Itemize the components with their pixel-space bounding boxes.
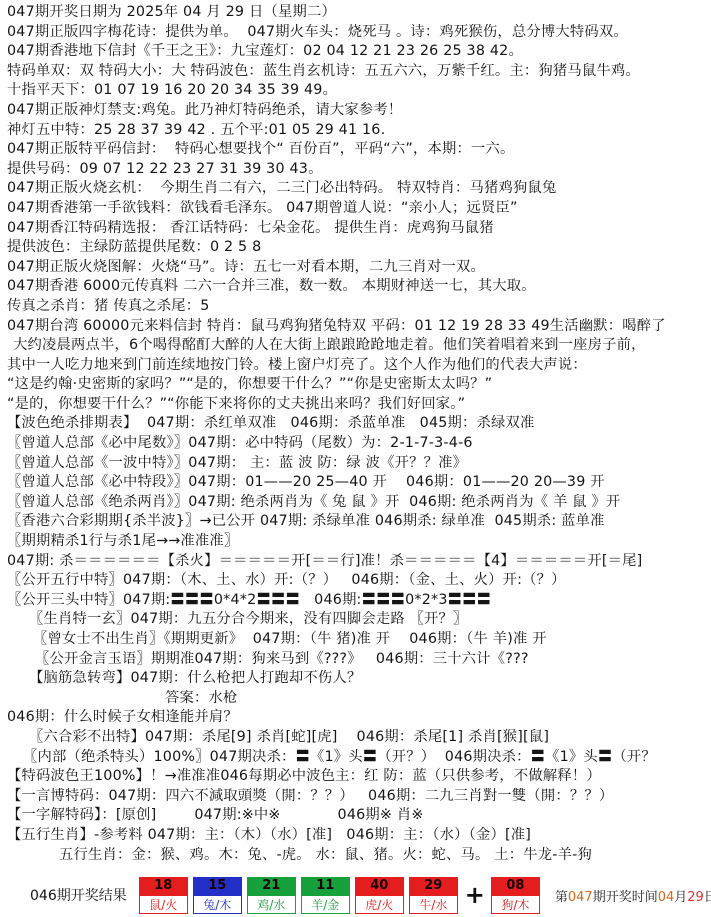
special-ball-container: 08狗/木 [491, 877, 545, 914]
text-line: 〖香港六合彩期期{杀半波}〗→已公开 047期: 杀绿单准 046期杀: 绿单准… [0, 512, 711, 532]
text-line: 〖公开三头中特〗047期:〓〓〓0*4*2〓〓〓 046期:〓〓〓0*2*3〓〓… [0, 591, 711, 611]
ball-zodiac-element: 鸡/水 [247, 895, 296, 914]
ball-number: 40 [355, 877, 404, 895]
text-line: 047期香港 6000元传真料 二六一合并三准，数一数。 本期财神送一七，其大取… [0, 277, 711, 297]
ball-number: 29 [409, 877, 458, 895]
text-line: 五行生肖：金：猴、鸡。木：兔、-虎。 水：鼠、猪。火：蛇、马。 土：牛龙-羊-狗 [0, 846, 711, 866]
text-line: 十指平天下：01 07 19 16 20 20 34 35 39 49。 [0, 81, 711, 101]
text-line: 047期正版火烧玄机： 今期生肖二有六，二三门必出特码。 特双特肖：马猪鸡狗鼠兔 [0, 179, 711, 199]
text-line: 047期开奖日期为 2025年 04 月 29 日（星期二） [0, 3, 711, 23]
text-line: 047期香江特码精选报： 香江话特码：七朵金花。 提供生肖：虎鸡狗马鼠猪 [0, 219, 711, 239]
text-line: 047期正版特平码信封： 特码心想要找个“ 百份百”，平码“六”，本期：一六。 [0, 140, 711, 160]
next-draw-info-segment: 29 [687, 890, 704, 905]
ball-number: 21 [247, 877, 296, 895]
text-line: 特码单双：双 特码大小：大 特码波色：蓝生肖玄机诗：五五六六，万紫千红。主：狗猪… [0, 62, 711, 82]
text-line: “这是约翰·史密斯的家吗？”“是的，你想要干什么？”“你是史密斯太太吗？” [0, 375, 711, 395]
text-line: 046期：什么时候子女相逢能并肩？ [0, 708, 711, 728]
ball-zodiac-element: 狗/木 [491, 895, 540, 914]
ball-zodiac-element: 鼠/火 [139, 895, 188, 914]
next-draw-info-segment: 月 [674, 890, 687, 905]
text-line: 提供号码：09 07 12 22 23 27 31 39 30 43。 [0, 160, 711, 180]
ball-zodiac-element: 羊/金 [301, 895, 350, 914]
plus-sign: + [465, 883, 485, 907]
ball-number: 15 [193, 877, 242, 895]
text-line: 〖生肖特一玄〗047期：九五分合今期来，没有四脚会走路 〖开？〗 [0, 610, 711, 630]
text-line: 047期正版火烧图解：火烧“马”。诗：五七一对看本期，二九三肖对一双。 [0, 258, 711, 278]
text-line: 〖内部（绝杀特头）100%〗047期决杀：〓《1》头〓（开？） 046期决杀：〓… [0, 748, 711, 768]
result-ball: 15兔/木 [193, 877, 242, 914]
ball-number: 11 [301, 877, 350, 895]
result-ball: 40虎/火 [355, 877, 404, 914]
text-line: 答案：水枪 [0, 689, 711, 709]
text-line: 〖曾道人总部《必中尾数》〗047期：必中特码（尾数）为：2-1-7-3-4-6 [0, 434, 711, 454]
text-line: 神灯五中特：25 28 37 39 42 . 五个平:01 05 29 41 1… [0, 121, 711, 141]
text-line: 大约凌晨两点半，6个喝得酩酊大醉的人在大街上踉踉跄跄地走着。他们笑着唱着来到一座… [0, 336, 711, 356]
next-draw-info-segment: 期开奖时间 [593, 890, 658, 905]
ball-number: 18 [139, 877, 188, 895]
text-line: 〖曾道人总部《一波中特》〗047期： 主：蓝 波 防：绿 波《开？？准》 [0, 454, 711, 474]
ball-zodiac-element: 兔/木 [193, 895, 242, 914]
text-line: 【特码波色王100%】！→准准准046每期必中波色主：红 防：蓝（只供参考，不做… [0, 767, 711, 787]
lottery-tips-sheet: 047期开奖日期为 2025年 04 月 29 日（星期二）047期正版四字梅花… [0, 0, 711, 917]
text-line: 〖公开金言玉语〗期期准047期：狗来马到《???》 046期：三十六计《??? [0, 650, 711, 670]
text-line: 〖曾女士不出生肖〗《期期更新》 047期：（牛 猪)准 开 046期：（牛 羊)… [0, 630, 711, 650]
text-line: 【波色绝杀排期表】 047期：杀红单双准 046期：杀蓝单准 045期：杀绿双准 [0, 414, 711, 434]
next-draw-info: 第047期开奖时间04月29日 星期二21: [555, 886, 711, 905]
text-line: 047期香港地下信封《千王之王》：九宝莲灯：02 04 12 21 23 26 … [0, 42, 711, 62]
text-line: 【一言博特码：047期：四六不減取頭獎（開：？？） 046期：二九三肖對一雙（開… [0, 787, 711, 807]
ball-zodiac-element: 虎/火 [355, 895, 404, 914]
result-ball: 11羊/金 [301, 877, 350, 914]
text-line: 提供波色：主绿防蓝提供尾数：0 2 5 8 [0, 238, 711, 258]
text-line: 〖曾道人总部《必中特段》〗047期：01——20 25—40 开 046期：01… [0, 473, 711, 493]
ball-number: 08 [491, 877, 540, 895]
text-line: 〖曾道人总部《绝杀两肖》〗047期: 绝杀两肖为《 兔 鼠 》开 046期: 绝… [0, 493, 711, 513]
ball-zodiac-element: 牛/水 [409, 895, 458, 914]
text-line: 〖六合彩不出特】047期：杀尾[9] 杀肖[蛇][虎] 046期：杀尾[1] 杀… [0, 728, 711, 748]
result-ball: 18鼠/火 [139, 877, 188, 914]
results-bar: 046期开奖结果 18鼠/火15兔/木21鸡/水11羊/金40虎/火29牛/水 … [0, 875, 711, 915]
result-ball: 29牛/水 [409, 877, 458, 914]
result-balls: 18鼠/火15兔/木21鸡/水11羊/金40虎/火29牛/水 [139, 877, 463, 914]
next-draw-info-segment: 04 [658, 890, 675, 905]
text-line: 047期正版四字梅花诗：提供为单。 047期火车头：烧死马 。诗：鸡死猴伤，总分… [0, 23, 711, 43]
text-line: 【五行生肖】-参考料 047期：主：（木）（水）[准] 046期：主：（水）（金… [0, 826, 711, 846]
text-line: 〖期期精杀1行与杀1尾→→准准准〗 [0, 532, 711, 552]
result-ball: 21鸡/水 [247, 877, 296, 914]
text-line: 【脑筋急转弯】047期：什么枪把人打跑却不伤人？ [0, 669, 711, 689]
text-line: 047期正版神灯禁支:鸡兔。此乃神灯特码绝杀，请大家参考！ [0, 101, 711, 121]
text-line: 其中一人吃力地来到门前连续地按门铃。楼上窗户灯亮了。这个人作为他们的代表大声说： [0, 356, 711, 376]
result-ball: 08狗/木 [491, 877, 540, 914]
next-draw-info-segment: 第 [555, 890, 568, 905]
text-line: 047期: 杀＝＝＝＝＝＝【杀火】＝＝＝＝＝开[＝＝行]准！杀＝＝＝＝＝【4】＝… [0, 552, 711, 572]
text-line: 047期香港第一手欲钱料：欲钱看毛泽东。 047期曾道人说：“亲小人；远贤臣” [0, 199, 711, 219]
next-draw-info-segment: 047 [568, 890, 593, 905]
next-draw-info-segment: 日 星期二 [704, 890, 711, 905]
text-line: 【一字解特码】：[原创] 047期:※中※ 046期※ 肖※ [0, 806, 711, 826]
tips-text-block: 047期开奖日期为 2025年 04 月 29 日（星期二）047期正版四字梅花… [0, 0, 711, 865]
text-line: “是的，你想要干什么？”“你能下来将你的丈夫挑出来吗？我们好回家。” [0, 395, 711, 415]
text-line: 〖公开五行中特〗047期：（木、土、水）开:（？） 046期：（金、土、火）开:… [0, 571, 711, 591]
text-line: 047期台湾 60000元来料信封 特肖：鼠马鸡狗猪兔特双 平码：01 12 1… [0, 317, 711, 337]
results-label: 046期开奖结果 [30, 885, 127, 905]
text-line: 传真之杀肖：猪 传真之杀尾：5 [0, 297, 711, 317]
